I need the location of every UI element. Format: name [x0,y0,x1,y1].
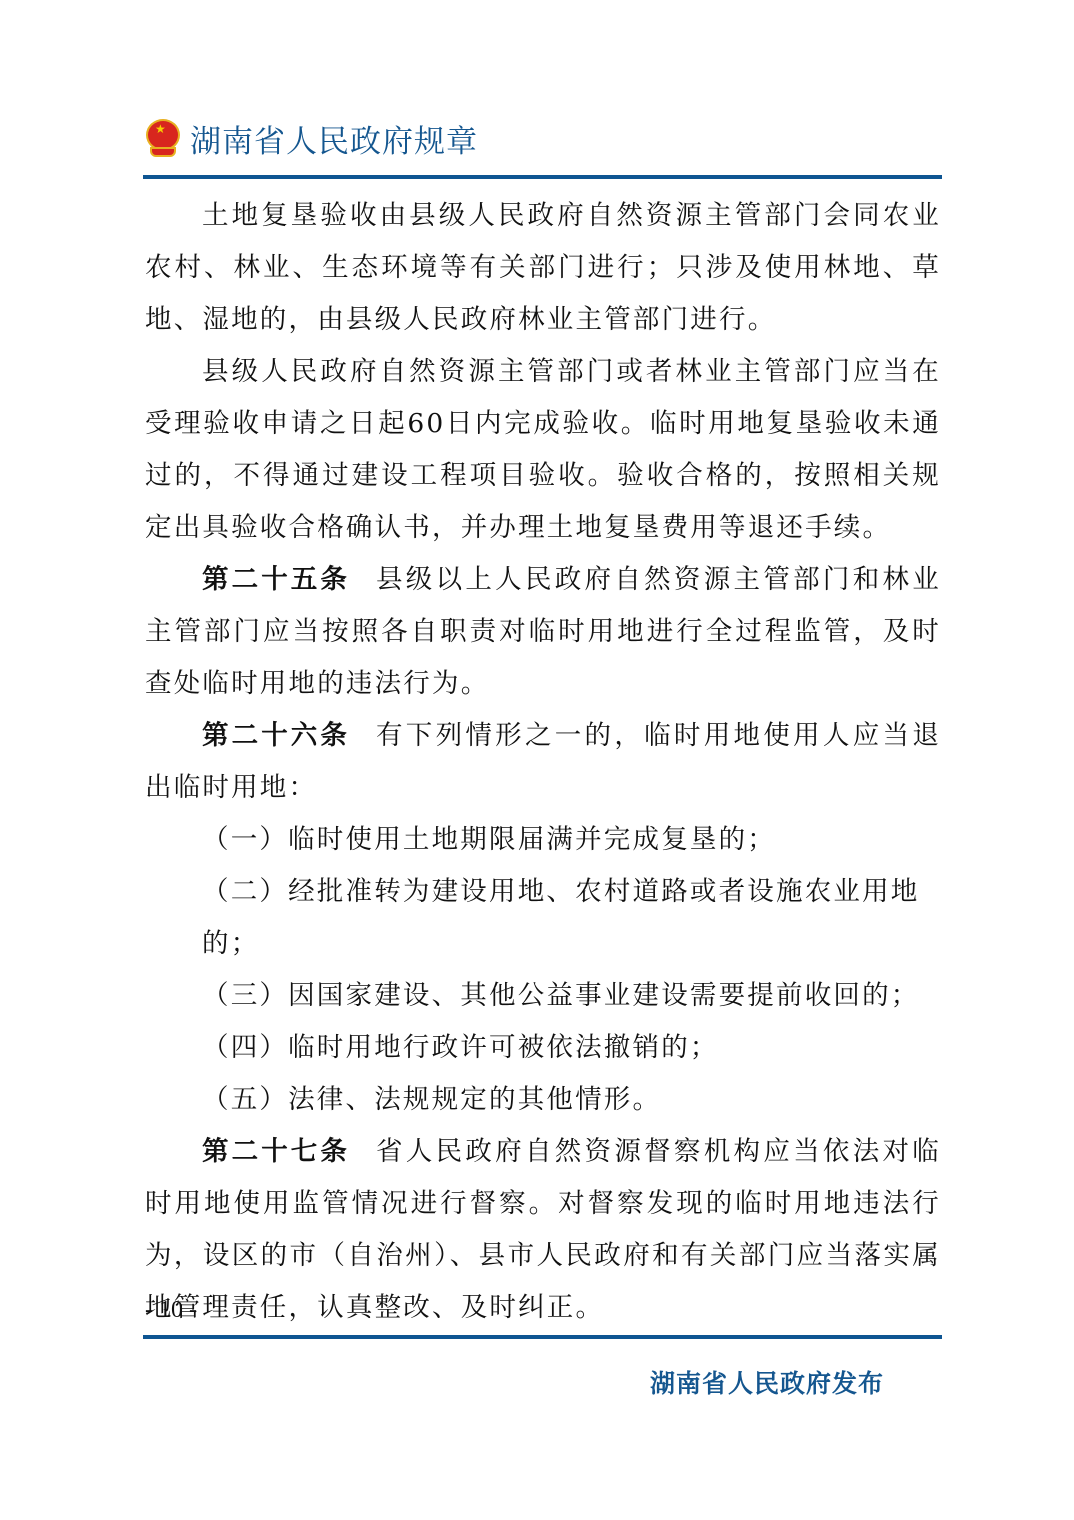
page-number: - 10 - [145,1297,197,1324]
list-item: （二）经批准转为建设用地、农村道路或者设施农业用地的； [145,866,941,970]
national-emblem-icon: ★ [144,119,182,159]
article-25: 第二十五条县级以上人民政府自然资源主管部门和林业主管部门应当按照各自职责对临时用… [145,554,941,710]
list-item: （四）临时用地行政许可被依法撤销的； [145,1022,941,1074]
page-header: ★ 湖南省人民政府规章 [144,116,478,161]
paragraph: 土地复垦验收由县级人民政府自然资源主管部门会同农业农村、林业、生态环境等有关部门… [145,190,941,346]
article-27: 第二十七条省人民政府自然资源督察机构应当依法对临时用地使用监管情况进行督察。对督… [145,1126,941,1334]
footer-publisher: 湖南省人民政府发布 [650,1364,884,1400]
document-body: 土地复垦验收由县级人民政府自然资源主管部门会同农业农村、林业、生态环境等有关部门… [145,190,941,1334]
article-label: 第二十五条 [202,564,350,595]
article-label: 第二十七条 [202,1136,350,1167]
list-item: （一）临时使用土地期限届满并完成复垦的； [145,814,941,866]
paragraph: 县级人民政府自然资源主管部门或者林业主管部门应当在受理验收申请之日起60日内完成… [145,346,941,554]
list-item: （五）法律、法规规定的其他情形。 [145,1074,941,1126]
list-item: （三）因国家建设、其他公益事业建设需要提前收回的； [145,970,941,1022]
footer-divider [143,1335,942,1339]
article-label: 第二十六条 [202,720,350,751]
header-divider [143,175,942,179]
header-title: 湖南省人民政府规章 [190,116,478,161]
article-26: 第二十六条有下列情形之一的，临时用地使用人应当退出临时用地： [145,710,941,814]
